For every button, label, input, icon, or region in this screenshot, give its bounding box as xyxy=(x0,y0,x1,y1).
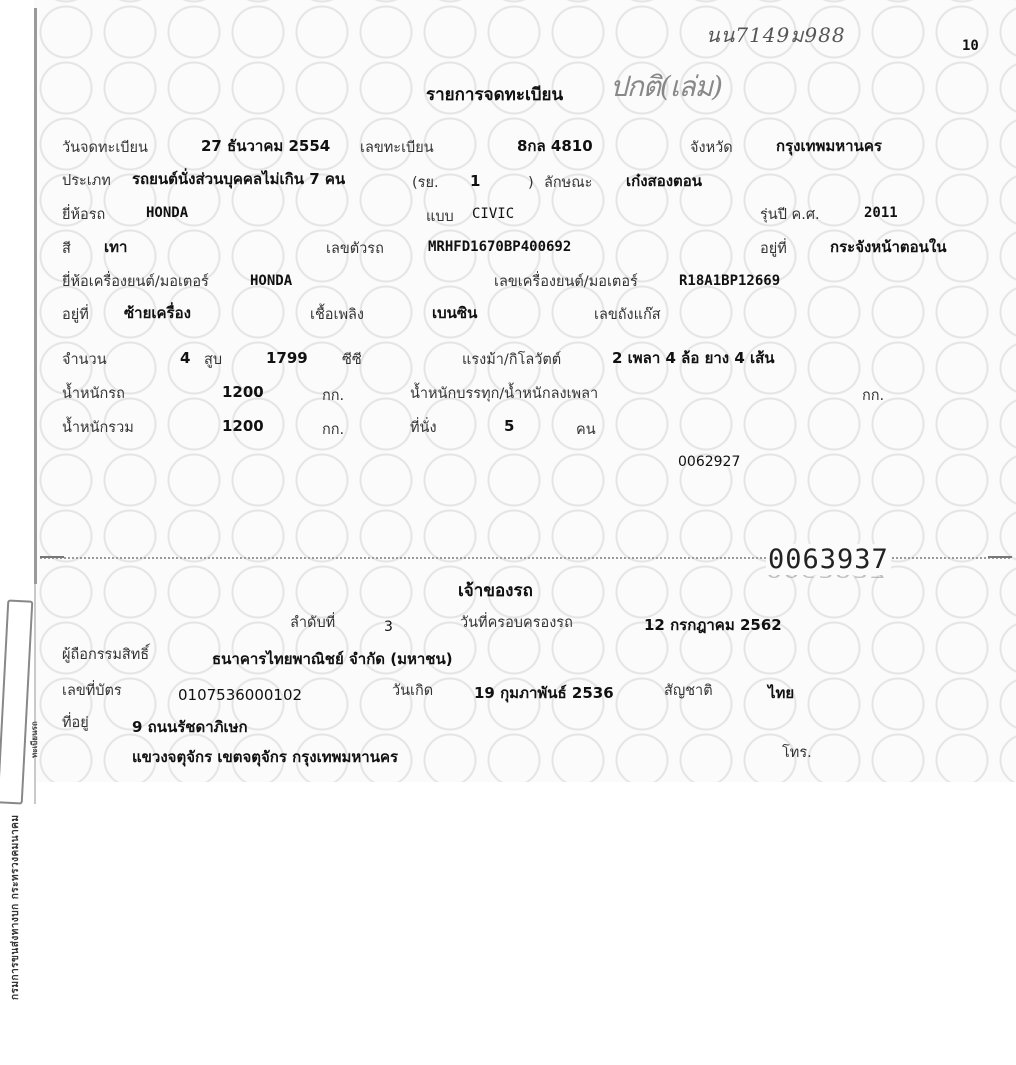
color-value: เทา xyxy=(104,238,127,256)
owner-title: เจ้าของรถ xyxy=(458,582,533,600)
address-line-1: 9 ถนนรัชดาภิเษก xyxy=(132,718,248,736)
holder-value: ธนาคารไทยพาณิชย์ จำกัด (มหาชน) xyxy=(212,650,453,668)
birth-date-label: วันเกิด xyxy=(392,682,433,700)
total-weight-unit: กก. xyxy=(322,421,344,439)
weight-label: น้ำหนักรถ xyxy=(62,385,125,403)
gas-tank-label: เลขถังแก๊ส xyxy=(594,306,661,324)
horsepower-label: แรงม้า/กิโลวัตต์ xyxy=(462,351,561,369)
province-label: จังหวัด xyxy=(690,139,733,157)
year-value: 2011 xyxy=(864,204,898,222)
page-number: 10 xyxy=(962,38,979,54)
chassis-value: MRHFD1670BP400692 xyxy=(428,238,571,256)
address-label: ที่อยู่ xyxy=(62,714,89,732)
nationality-label: สัญชาติ xyxy=(664,682,713,700)
brand-value: HONDA xyxy=(146,204,188,222)
engine-brand-value: HONDA xyxy=(250,272,292,290)
fuel-value: เบนซิน xyxy=(432,304,477,322)
nationality-value: ไทย xyxy=(768,684,794,702)
possession-date-value: 12 กรกฎาคม 2562 xyxy=(644,616,782,634)
sequence-value: 3 xyxy=(384,618,393,636)
engine-location-label: อยู่ที่ xyxy=(62,306,89,324)
plate-label: เลขทะเบียน xyxy=(360,139,434,157)
cylinders-label: จำนวน xyxy=(62,351,107,369)
cylinders-value: 4 xyxy=(180,349,190,367)
model-label: แบบ xyxy=(426,208,454,226)
perforation-end xyxy=(988,556,1012,558)
chassis-location-label: อยู่ที่ xyxy=(760,240,787,258)
seats-value: 5 xyxy=(504,417,514,435)
binding-edge-lower xyxy=(34,584,36,804)
id-number-value: 0107536000102 xyxy=(178,686,302,704)
seats-label: ที่นั่ง xyxy=(410,419,437,437)
ry-close: ) xyxy=(528,174,534,192)
cc-value: 1799 xyxy=(266,349,308,367)
style-label: ลักษณะ xyxy=(544,174,592,192)
paper-clip xyxy=(0,599,33,804)
brand-label: ยี่ห้อรถ xyxy=(62,206,105,224)
scanned-page: 10 นน7149ม988 ปกติ(เล่ม) รายการจดทะเบียน… xyxy=(0,0,1016,1065)
handwritten-scribble: ปกติ(เล่ม) xyxy=(610,78,722,96)
handwritten-note: นน7149ม988 xyxy=(706,26,846,44)
margin-vertical-text: กรมการขนส่งทางบก กระทรวงคมนาคม xyxy=(8,815,23,1000)
total-weight-value: 1200 xyxy=(222,417,264,435)
ry-label: (รย. xyxy=(412,174,439,192)
weight-value: 1200 xyxy=(222,383,264,401)
margin-vertical-text-small: ทะเบียนรถ xyxy=(28,721,41,758)
load-unit: กก. xyxy=(862,387,884,405)
plate-value: 8กล 4810 xyxy=(517,137,593,155)
engine-number-label: เลขเครื่องยนต์/มอเตอร์ xyxy=(494,273,638,291)
cc-unit: ซีซี xyxy=(342,351,362,369)
chassis-label: เลขตัวรถ xyxy=(326,240,384,258)
binding-edge xyxy=(34,8,37,584)
type-value: รถยนต์นั่งส่วนบุคคลไม่เกิน 7 คน xyxy=(132,170,345,188)
cylinders-unit: สูบ xyxy=(204,351,222,369)
engine-brand-label: ยี่ห้อเครื่องยนต์/มอเตอร์ xyxy=(62,273,209,291)
weight-unit: กก. xyxy=(322,387,344,405)
holder-label: ผู้ถือกรรมสิทธิ์ xyxy=(62,646,149,664)
phone-label: โทร. xyxy=(782,744,812,762)
id-number-label: เลขที่บัตร xyxy=(62,682,122,700)
registration-title: รายการจดทะเบียน xyxy=(426,86,563,104)
birth-date-value: 19 กุมภาพันธ์ 2536 xyxy=(474,684,614,702)
serial-stamp: 0063937 xyxy=(766,544,891,575)
color-label: สี xyxy=(62,240,71,258)
chassis-location-value: กระจังหน้าตอนใน xyxy=(830,238,946,256)
load-label: น้ำหนักบรรทุก/น้ำหนักลงเพลา xyxy=(410,385,598,403)
type-label: ประเภท xyxy=(62,172,111,190)
reg-date-value: 27 ธันวาคม 2554 xyxy=(201,137,330,155)
style-value: เก๋งสองตอน xyxy=(626,172,702,190)
province-value: กรุงเทพมหานคร xyxy=(776,137,882,155)
reg-date-label: วันจดทะเบียน xyxy=(62,139,148,157)
possession-date-label: วันที่ครอบครองรถ xyxy=(460,614,573,632)
document-serial-small: 0062927 xyxy=(678,453,740,471)
address-line-2: แขวงจตุจักร เขตจตุจักร กรุงเทพมหานคร xyxy=(132,748,398,766)
engine-location-value: ซ้ายเครื่อง xyxy=(124,304,191,322)
model-value: CIVIC xyxy=(472,205,514,223)
fuel-label: เชื้อเพลิง xyxy=(310,306,364,324)
total-weight-label: น้ำหนักรวม xyxy=(62,419,134,437)
engine-number-value: R18A1BP12669 xyxy=(679,272,780,290)
axle-value: 2 เพลา 4 ล้อ ยาง 4 เส้น xyxy=(612,349,775,367)
seats-unit: คน xyxy=(576,421,596,439)
sequence-label: ลำดับที่ xyxy=(290,614,335,632)
perforation-start xyxy=(40,556,64,558)
ry-value: 1 xyxy=(470,172,480,190)
year-label: รุ่นปี ค.ศ. xyxy=(760,206,820,224)
